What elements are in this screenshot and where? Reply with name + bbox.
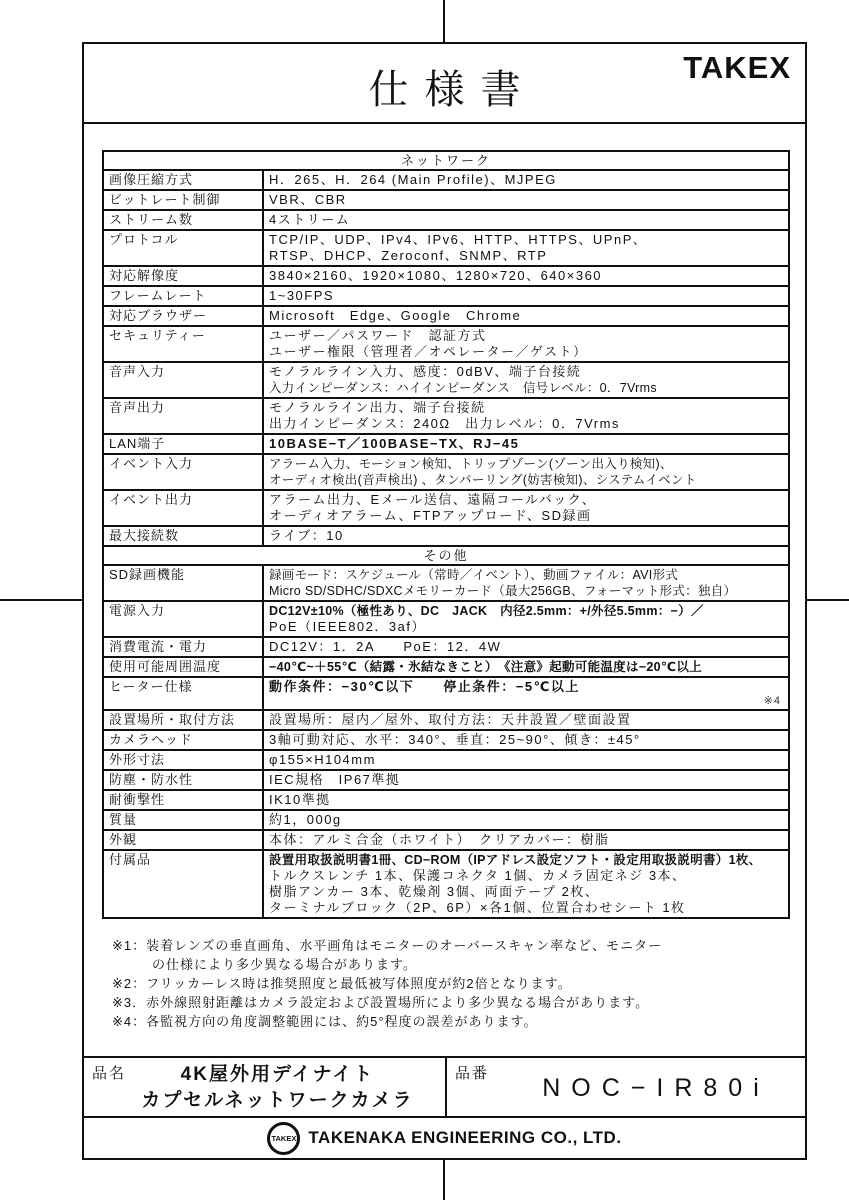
- spec-value: 録画モード：スケジュール（常時／イベント）、動画ファイル：AVI形式Micro …: [264, 566, 788, 600]
- spec-label: フレームレート: [104, 287, 264, 305]
- spec-value-line: DC12V：1．2A PoE：12．4W: [269, 639, 783, 655]
- spec-label: 防塵・防水性: [104, 771, 264, 789]
- spec-label: 画像圧縮方式: [104, 171, 264, 189]
- spec-value-line: DC12V±10%（極性あり、DC JACK 内径2.5mm：+/外径5.5mm…: [269, 603, 783, 619]
- spec-label: 耐衝撃性: [104, 791, 264, 809]
- spec-value-line: RTSP、DHCP、Zeroconf、SNMP、RTP: [269, 248, 783, 264]
- product-name: 4K屋外用デイナイト カプセルネットワークカメラ: [114, 1062, 441, 1114]
- spec-value-line: 3840×2160、1920×1080、1280×720、640×360: [269, 268, 783, 284]
- spec-row: ビットレート制御VBR、CBR: [104, 189, 788, 209]
- spec-row: 設置場所・取付方法設置場所：屋内／屋外、取付方法：天井設置／壁面設置: [104, 709, 788, 729]
- spec-row: プロトコルTCP/IP、UDP、IPv4、IPv6、HTTP、HTTPS、UPn…: [104, 229, 788, 265]
- spec-value-line: VBR、CBR: [269, 192, 783, 208]
- spec-value-line: オーディオアラーム、FTPアップロード、SD録画: [269, 508, 783, 524]
- spec-value-line: ユーザー／パスワード 認証方式: [269, 328, 783, 344]
- spec-value-line: PoE（IEEE802．3af）: [269, 619, 783, 635]
- product-name-cell: 品名 4K屋外用デイナイト カプセルネットワークカメラ: [84, 1058, 447, 1116]
- regmark-bottom: [443, 1160, 445, 1200]
- spec-value: 動作条件：−30℃以下 停止条件：−5℃以上※4: [264, 678, 788, 709]
- spec-label: ヒーター仕様: [104, 678, 264, 709]
- footnote-line: の仕様により多少異なる場合があります。: [112, 955, 782, 974]
- spec-value: ライブ：10: [264, 527, 788, 545]
- spec-value-line: モノラルライン出力、端子台接続: [269, 400, 783, 416]
- spec-row: カメラヘッド3軸可動対応、水平：340°、垂直：25~90°、傾き：±45°: [104, 729, 788, 749]
- spec-value-line: 設置用取扱説明書1冊、CD−ROM（IPアドレス設定ソフト・設定用取扱説明書）1…: [269, 852, 783, 868]
- spec-label: ビットレート制御: [104, 191, 264, 209]
- spec-value: アラーム入力、モーション検知、トリップゾーン(ゾーン出入り検知)、オーディオ検出…: [264, 455, 788, 489]
- spec-value: ユーザー／パスワード 認証方式ユーザー権限（管理者／オペレーター／ゲスト）: [264, 327, 788, 361]
- product-footer: 品名 4K屋外用デイナイト カプセルネットワークカメラ 品番 NOC−IR80i: [84, 1056, 805, 1118]
- spec-value-line: 本体：アルミ合金（ホワイト） クリアカバー：樹脂: [269, 832, 783, 848]
- spec-row: 外形寸法φ155×H104mm: [104, 749, 788, 769]
- spec-value: IK10準拠: [264, 791, 788, 809]
- spec-value: VBR、CBR: [264, 191, 788, 209]
- spec-sheet-page: 仕様書 TAKEX ネットワーク画像圧縮方式H．265、H．264 (Main …: [82, 42, 807, 1160]
- spec-value-line: 動作条件：−30℃以下 停止条件：−5℃以上: [269, 679, 783, 695]
- product-name-line1: 4K屋外用デイナイト: [114, 1062, 441, 1088]
- spec-value: 設置場所：屋内／屋外、取付方法：天井設置／壁面設置: [264, 711, 788, 729]
- spec-label: セキュリティー: [104, 327, 264, 361]
- spec-row: 使用可能周囲温度−40℃~＋55℃（結露・氷結なきこと） 《注意》起動可能温度は…: [104, 656, 788, 676]
- spec-label: SD録画機能: [104, 566, 264, 600]
- spec-row: ストリーム数4ストリーム: [104, 209, 788, 229]
- spec-value-line: 設置場所：屋内／屋外、取付方法：天井設置／壁面設置: [269, 712, 783, 728]
- spec-value-line: TCP/IP、UDP、IPv4、IPv6、HTTP、HTTPS、UPnP、: [269, 232, 783, 248]
- spec-value-line: トルクスレンチ 1本、保護コネクタ 1個、カメラ固定ネジ 3本、: [269, 868, 783, 884]
- company-name: TAKENAKA ENGINEERING CO., LTD.: [308, 1128, 621, 1148]
- spec-value-line: Micro SD/SDHC/SDXCメモリーカード（最大256GB、フォーマット…: [269, 583, 783, 599]
- spec-label: 音声出力: [104, 399, 264, 433]
- spec-label: 外観: [104, 831, 264, 849]
- spec-value: 本体：アルミ合金（ホワイト） クリアカバー：樹脂: [264, 831, 788, 849]
- spec-label: イベント入力: [104, 455, 264, 489]
- sheet-header: 仕様書 TAKEX: [84, 44, 805, 124]
- spec-value-line: 3軸可動対応、水平：340°、垂直：25~90°、傾き：±45°: [269, 732, 783, 748]
- spec-value: IEC規格 IP67準拠: [264, 771, 788, 789]
- spec-value: 4ストリーム: [264, 211, 788, 229]
- spec-row: 耐衝撃性IK10準拠: [104, 789, 788, 809]
- spec-value: DC12V：1．2A PoE：12．4W: [264, 638, 788, 656]
- regmark-right: [807, 599, 849, 601]
- spec-row: 防塵・防水性IEC規格 IP67準拠: [104, 769, 788, 789]
- footnote-line: ※1：装着レンズの垂直画角、水平画角はモニターのオーバースキャン率など、モニター: [112, 936, 782, 955]
- spec-label: 付属品: [104, 851, 264, 917]
- spec-row: セキュリティーユーザー／パスワード 認証方式ユーザー権限（管理者／オペレーター／…: [104, 325, 788, 361]
- spec-row: 画像圧縮方式H．265、H．264 (Main Profile)、MJPEG: [104, 169, 788, 189]
- spec-value: 設置用取扱説明書1冊、CD−ROM（IPアドレス設定ソフト・設定用取扱説明書）1…: [264, 851, 788, 917]
- spec-label: 設置場所・取付方法: [104, 711, 264, 729]
- notes-block: ※1：装着レンズの垂直画角、水平画角はモニターのオーバースキャン率など、モニター…: [112, 936, 782, 1031]
- spec-value: TCP/IP、UDP、IPv4、IPv6、HTTP、HTTPS、UPnP、RTS…: [264, 231, 788, 265]
- spec-value-line: −40℃~＋55℃（結露・氷結なきこと） 《注意》起動可能温度は−20℃以上: [269, 659, 783, 675]
- spec-value-line: 約1，000g: [269, 812, 783, 828]
- spec-label: 外形寸法: [104, 751, 264, 769]
- spec-value-line: ターミナルブロック（2P、6P）×各1個、位置合わせシート 1枚: [269, 900, 783, 916]
- spec-row: イベント出力アラーム出力、Eメール送信、遠隔コールバック、オーディオアラーム、F…: [104, 489, 788, 525]
- spec-value-line: ライブ：10: [269, 528, 783, 544]
- spec-value-line: IEC規格 IP67準拠: [269, 772, 783, 788]
- spec-value: アラーム出力、Eメール送信、遠隔コールバック、オーディオアラーム、FTPアップロ…: [264, 491, 788, 525]
- spec-row: LAN端子10BASE−T／100BASE−TX、RJ−45: [104, 433, 788, 453]
- spec-value-line: 4ストリーム: [269, 212, 783, 228]
- spec-label: イベント出力: [104, 491, 264, 525]
- spec-value-line: 入力インピーダンス：ハイインピーダンス 信号レベル：0．7Vrms: [269, 380, 783, 396]
- spec-row: 最大接続数ライブ：10: [104, 525, 788, 545]
- spec-label: 消費電流・電力: [104, 638, 264, 656]
- spec-value-line: 樹脂アンカー 3本、乾燥剤 3個、両面テープ 2枚、: [269, 884, 783, 900]
- spec-row: 質量約1，000g: [104, 809, 788, 829]
- spec-value: 約1，000g: [264, 811, 788, 829]
- spec-row: 外観本体：アルミ合金（ホワイト） クリアカバー：樹脂: [104, 829, 788, 849]
- spec-value-line: φ155×H104mm: [269, 752, 783, 768]
- spec-label: 対応解像度: [104, 267, 264, 285]
- takex-circle-logo-icon: TAKEX: [267, 1122, 300, 1155]
- spec-value: DC12V±10%（極性あり、DC JACK 内径2.5mm：+/外径5.5mm…: [264, 602, 788, 636]
- spec-row: 対応解像度3840×2160、1920×1080、1280×720、640×36…: [104, 265, 788, 285]
- spec-value: モノラルライン出力、端子台接続出力インピーダンス：240Ω 出力レベル：0．7V…: [264, 399, 788, 433]
- spec-value: Microsoft Edge、Google Chrome: [264, 307, 788, 325]
- spec-label: 最大接続数: [104, 527, 264, 545]
- spec-value-line: ユーザー権限（管理者／オペレーター／ゲスト）: [269, 344, 783, 360]
- spec-row: ヒーター仕様動作条件：−30℃以下 停止条件：−5℃以上※4: [104, 676, 788, 709]
- spec-label: 質量: [104, 811, 264, 829]
- takex-logo: TAKEX: [683, 50, 791, 86]
- product-no: NOC−IR80i: [507, 1074, 805, 1103]
- spec-value-line: アラーム入力、モーション検知、トリップゾーン(ゾーン出入り検知)、: [269, 456, 783, 472]
- spec-label: 対応ブラウザー: [104, 307, 264, 325]
- spec-value-line: H．265、H．264 (Main Profile)、MJPEG: [269, 172, 783, 188]
- spec-row: 対応ブラウザーMicrosoft Edge、Google Chrome: [104, 305, 788, 325]
- footnote-line: ※2：フリッカーレス時は推奨照度と最低被写体照度が約2倍となります。: [112, 974, 782, 993]
- spec-row: 音声出力モノラルライン出力、端子台接続出力インピーダンス：240Ω 出力レベル：…: [104, 397, 788, 433]
- spec-row: SD録画機能録画モード：スケジュール（常時／イベント）、動画ファイル：AVI形式…: [104, 564, 788, 600]
- spec-label: 電源入力: [104, 602, 264, 636]
- spec-value: −40℃~＋55℃（結露・氷結なきこと） 《注意》起動可能温度は−20℃以上: [264, 658, 788, 676]
- spec-value-line: オーディオ検出(音声検出) 、タンパーリング(妨害検知)、システムイベント: [269, 472, 783, 488]
- spec-label: カメラヘッド: [104, 731, 264, 749]
- spec-value: 10BASE−T／100BASE−TX、RJ−45: [264, 435, 788, 453]
- spec-row: イベント入力アラーム入力、モーション検知、トリップゾーン(ゾーン出入り検知)、オ…: [104, 453, 788, 489]
- spec-value: 3軸可動対応、水平：340°、垂直：25~90°、傾き：±45°: [264, 731, 788, 749]
- regmark-top: [443, 0, 445, 42]
- spec-value: 1~30FPS: [264, 287, 788, 305]
- spec-value: H．265、H．264 (Main Profile)、MJPEG: [264, 171, 788, 189]
- spec-value: φ155×H104mm: [264, 751, 788, 769]
- spec-value-line: Microsoft Edge、Google Chrome: [269, 308, 783, 324]
- spec-value-line: モノラルライン入力、感度：0dBV、端子台接続: [269, 364, 783, 380]
- spec-row: 付属品設置用取扱説明書1冊、CD−ROM（IPアドレス設定ソフト・設定用取扱説明…: [104, 849, 788, 917]
- spec-row: 消費電流・電力DC12V：1．2A PoE：12．4W: [104, 636, 788, 656]
- spec-value-line: 10BASE−T／100BASE−TX、RJ−45: [269, 436, 783, 452]
- spec-label: 音声入力: [104, 363, 264, 397]
- spec-value: モノラルライン入力、感度：0dBV、端子台接続入力インピーダンス：ハイインピーダ…: [264, 363, 788, 397]
- product-name-line2: カプセルネットワークカメラ: [114, 1088, 441, 1114]
- section-header-row: ネットワーク: [104, 152, 788, 169]
- section-header-row: その他: [104, 545, 788, 564]
- spec-label: 使用可能周囲温度: [104, 658, 264, 676]
- footnote-line: ※4：各監視方向の角度調整範囲には、約5°程度の誤差があります。: [112, 1012, 782, 1031]
- spec-row: 音声入力モノラルライン入力、感度：0dBV、端子台接続入力インピーダンス：ハイイ…: [104, 361, 788, 397]
- spec-label: プロトコル: [104, 231, 264, 265]
- spec-value: 3840×2160、1920×1080、1280×720、640×360: [264, 267, 788, 285]
- spec-row: 電源入力DC12V±10%（極性あり、DC JACK 内径2.5mm：+/外径5…: [104, 600, 788, 636]
- spec-table: ネットワーク画像圧縮方式H．265、H．264 (Main Profile)、M…: [102, 150, 790, 919]
- footnote-line: ※3．赤外線照射距離はカメラ設定および設置場所により多少異なる場合があります。: [112, 993, 782, 1012]
- regmark-left: [0, 599, 82, 601]
- note-reference: ※4: [269, 695, 783, 708]
- spec-value-line: 1~30FPS: [269, 288, 783, 304]
- spec-label: LAN端子: [104, 435, 264, 453]
- spec-row: フレームレート1~30FPS: [104, 285, 788, 305]
- spec-value-line: 出力インピーダンス：240Ω 出力レベル：0．7Vrms: [269, 416, 783, 432]
- spec-value-line: IK10準拠: [269, 792, 783, 808]
- spec-value-line: 録画モード：スケジュール（常時／イベント）、動画ファイル：AVI形式: [269, 567, 783, 583]
- product-no-label: 品番: [455, 1062, 489, 1083]
- spec-value-line: アラーム出力、Eメール送信、遠隔コールバック、: [269, 492, 783, 508]
- product-no-cell: 品番 NOC−IR80i: [447, 1058, 805, 1116]
- company-bar: TAKEX TAKENAKA ENGINEERING CO., LTD.: [84, 1118, 805, 1158]
- spec-label: ストリーム数: [104, 211, 264, 229]
